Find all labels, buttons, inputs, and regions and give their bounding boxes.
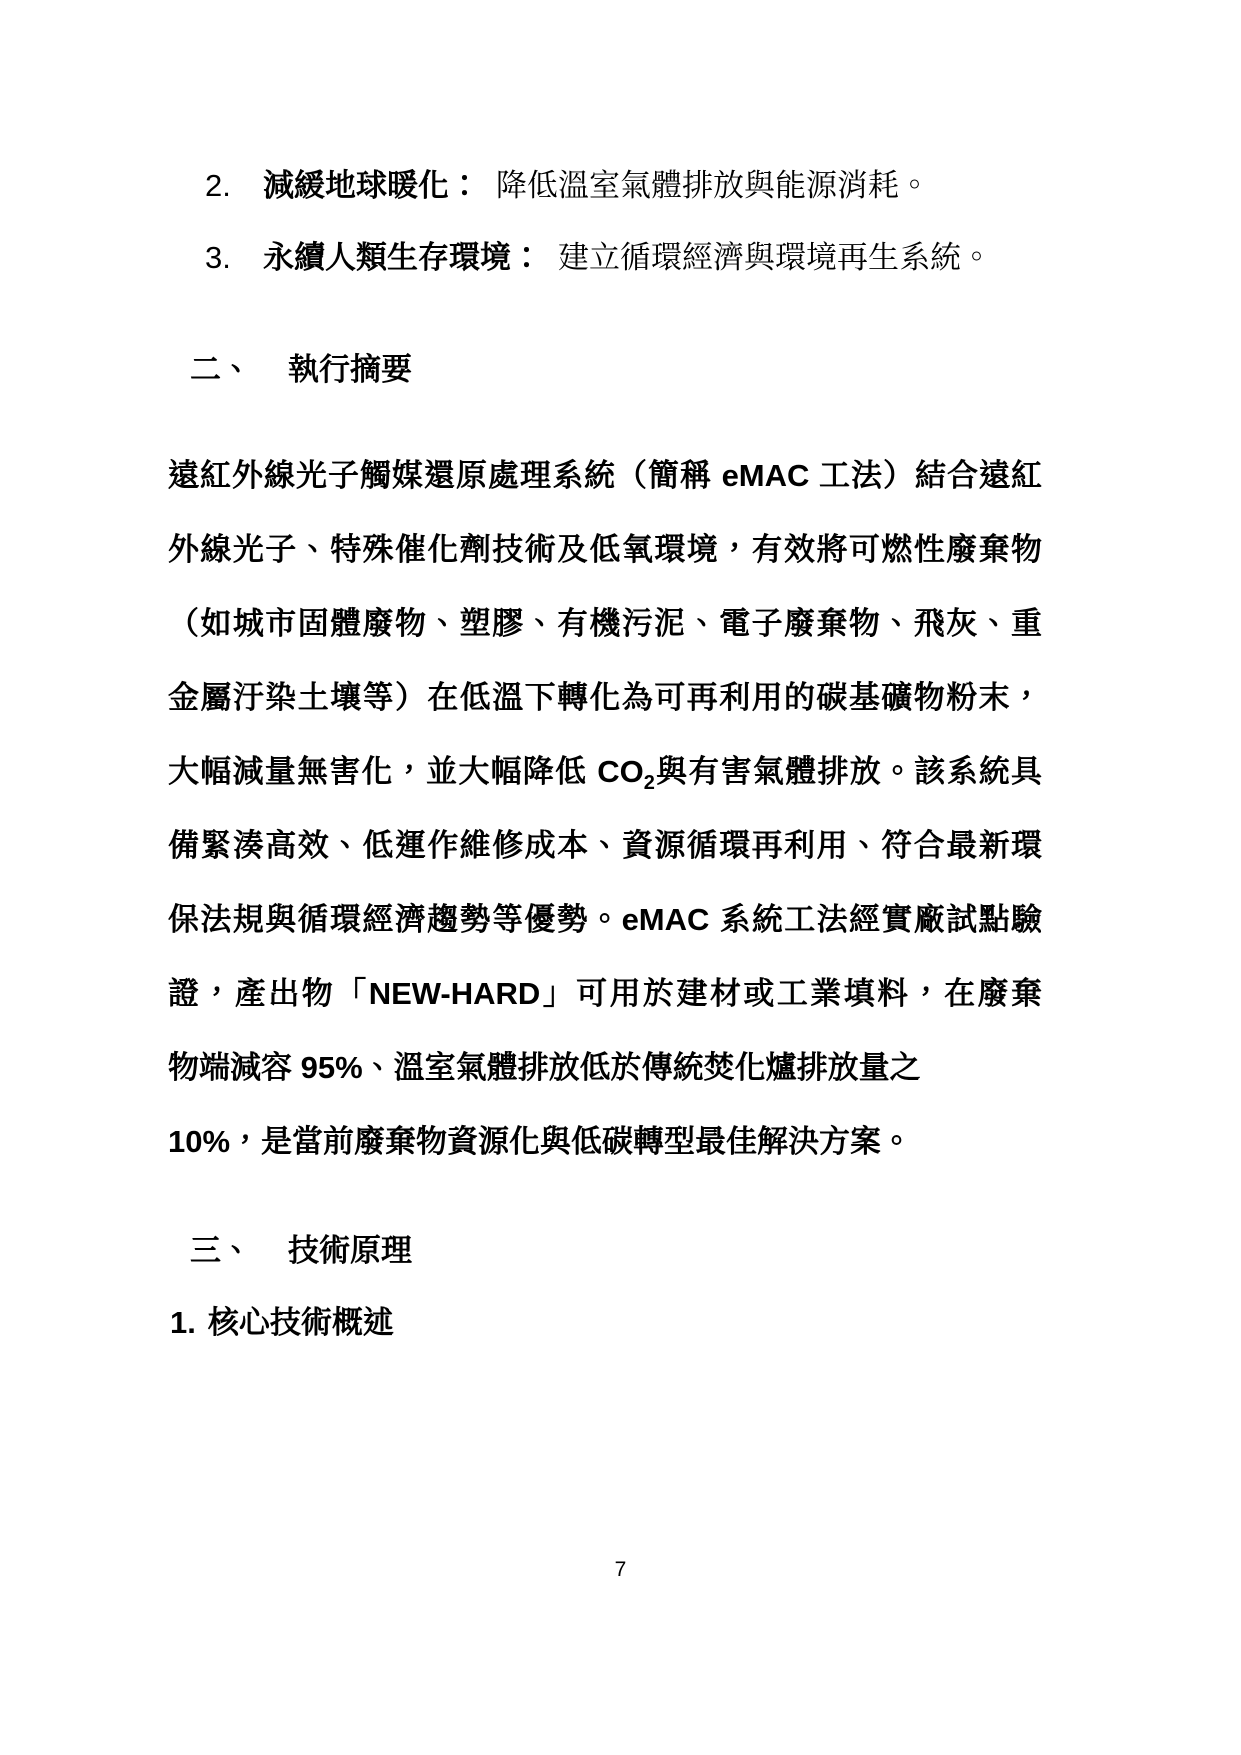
subsection-title: 核心技術概述 [208,1287,394,1359]
paragraph-line: 證，產出物「NEW-HARD」可用於建材或工業填料，在廢棄 [168,957,1042,1031]
document-page: 2.減緩地球暖化：降低溫室氣體排放與能源消耗。 3.永續人類生存環境：建立循環經… [0,0,1241,1755]
numbered-list: 2.減緩地球暖化：降低溫室氣體排放與能源消耗。 3.永續人類生存環境：建立循環經… [168,150,1042,294]
paragraph-line: （如城市固體廢物、塑膠、有機污泥、電子廢棄物、飛灰、重 [168,587,1042,661]
subsection-heading-core-tech: 1. 核心技術概述 [170,1287,1042,1359]
paragraph-line: 外線光子、特殊催化劑技術及低氧環境，有效將可燃性廢棄物 [168,513,1042,587]
list-item-label: 減緩地球暖化： [263,168,480,203]
section-numbering: 三、 [190,1215,252,1287]
paragraph-line: 保法規與循環經濟趨勢等優勢。eMAC 系統工法經實廠試點驗 [168,883,1042,957]
list-item-text: 建立循環經濟與環境再生系統。 [558,240,992,275]
list-item-number: 3. [205,222,263,294]
paragraph-line: 遠紅外線光子觸媒還原處理系統（簡稱 eMAC 工法）結合遠紅 [168,439,1042,513]
list-item-label: 永續人類生存環境： [263,240,542,275]
page-number: 7 [0,1555,1241,1585]
section-numbering: 二、 [190,334,252,406]
executive-summary-paragraph: 遠紅外線光子觸媒還原處理系統（簡稱 eMAC 工法）結合遠紅 外線光子、特殊催化… [168,439,1042,1179]
list-item-text: 降低溫室氣體排放與能源消耗。 [496,168,930,203]
section-title: 技術原理 [288,1215,412,1287]
co2-pre-text: 大幅減量無害化，並大幅降低 CO [168,754,644,789]
paragraph-line-co2: 大幅減量無害化，並大幅降低 CO2與有害氣體排放。該系統具 [168,735,1042,809]
paragraph-line: 金屬汙染土壤等）在低溫下轉化為可再利用的碳基礦物粉末， [168,661,1042,735]
section-heading-technical-principle: 三、 技術原理 [190,1215,1042,1287]
paragraph-line: 備緊湊高效、低運作維修成本、資源循環再利用、符合最新環 [168,809,1042,883]
co2-subscript: 2 [644,772,655,794]
list-item-3: 3.永續人類生存環境：建立循環經濟與環境再生系統。 [205,222,1042,294]
subsection-number: 1. [170,1287,196,1359]
paragraph-line: 10%，是當前廢棄物資源化與低碳轉型最佳解決方案。 [168,1105,1042,1179]
co2-post-text: 與有害氣體排放。該系統具 [655,754,1042,789]
list-item-2: 2.減緩地球暖化：降低溫室氣體排放與能源消耗。 [205,150,1042,222]
section-heading-executive-summary: 二、 執行摘要 [190,334,1042,406]
paragraph-line: 物端減容 95%、溫室氣體排放低於傳統焚化爐排放量之 [168,1031,1042,1105]
list-item-number: 2. [205,150,263,222]
section-title: 執行摘要 [288,334,412,406]
